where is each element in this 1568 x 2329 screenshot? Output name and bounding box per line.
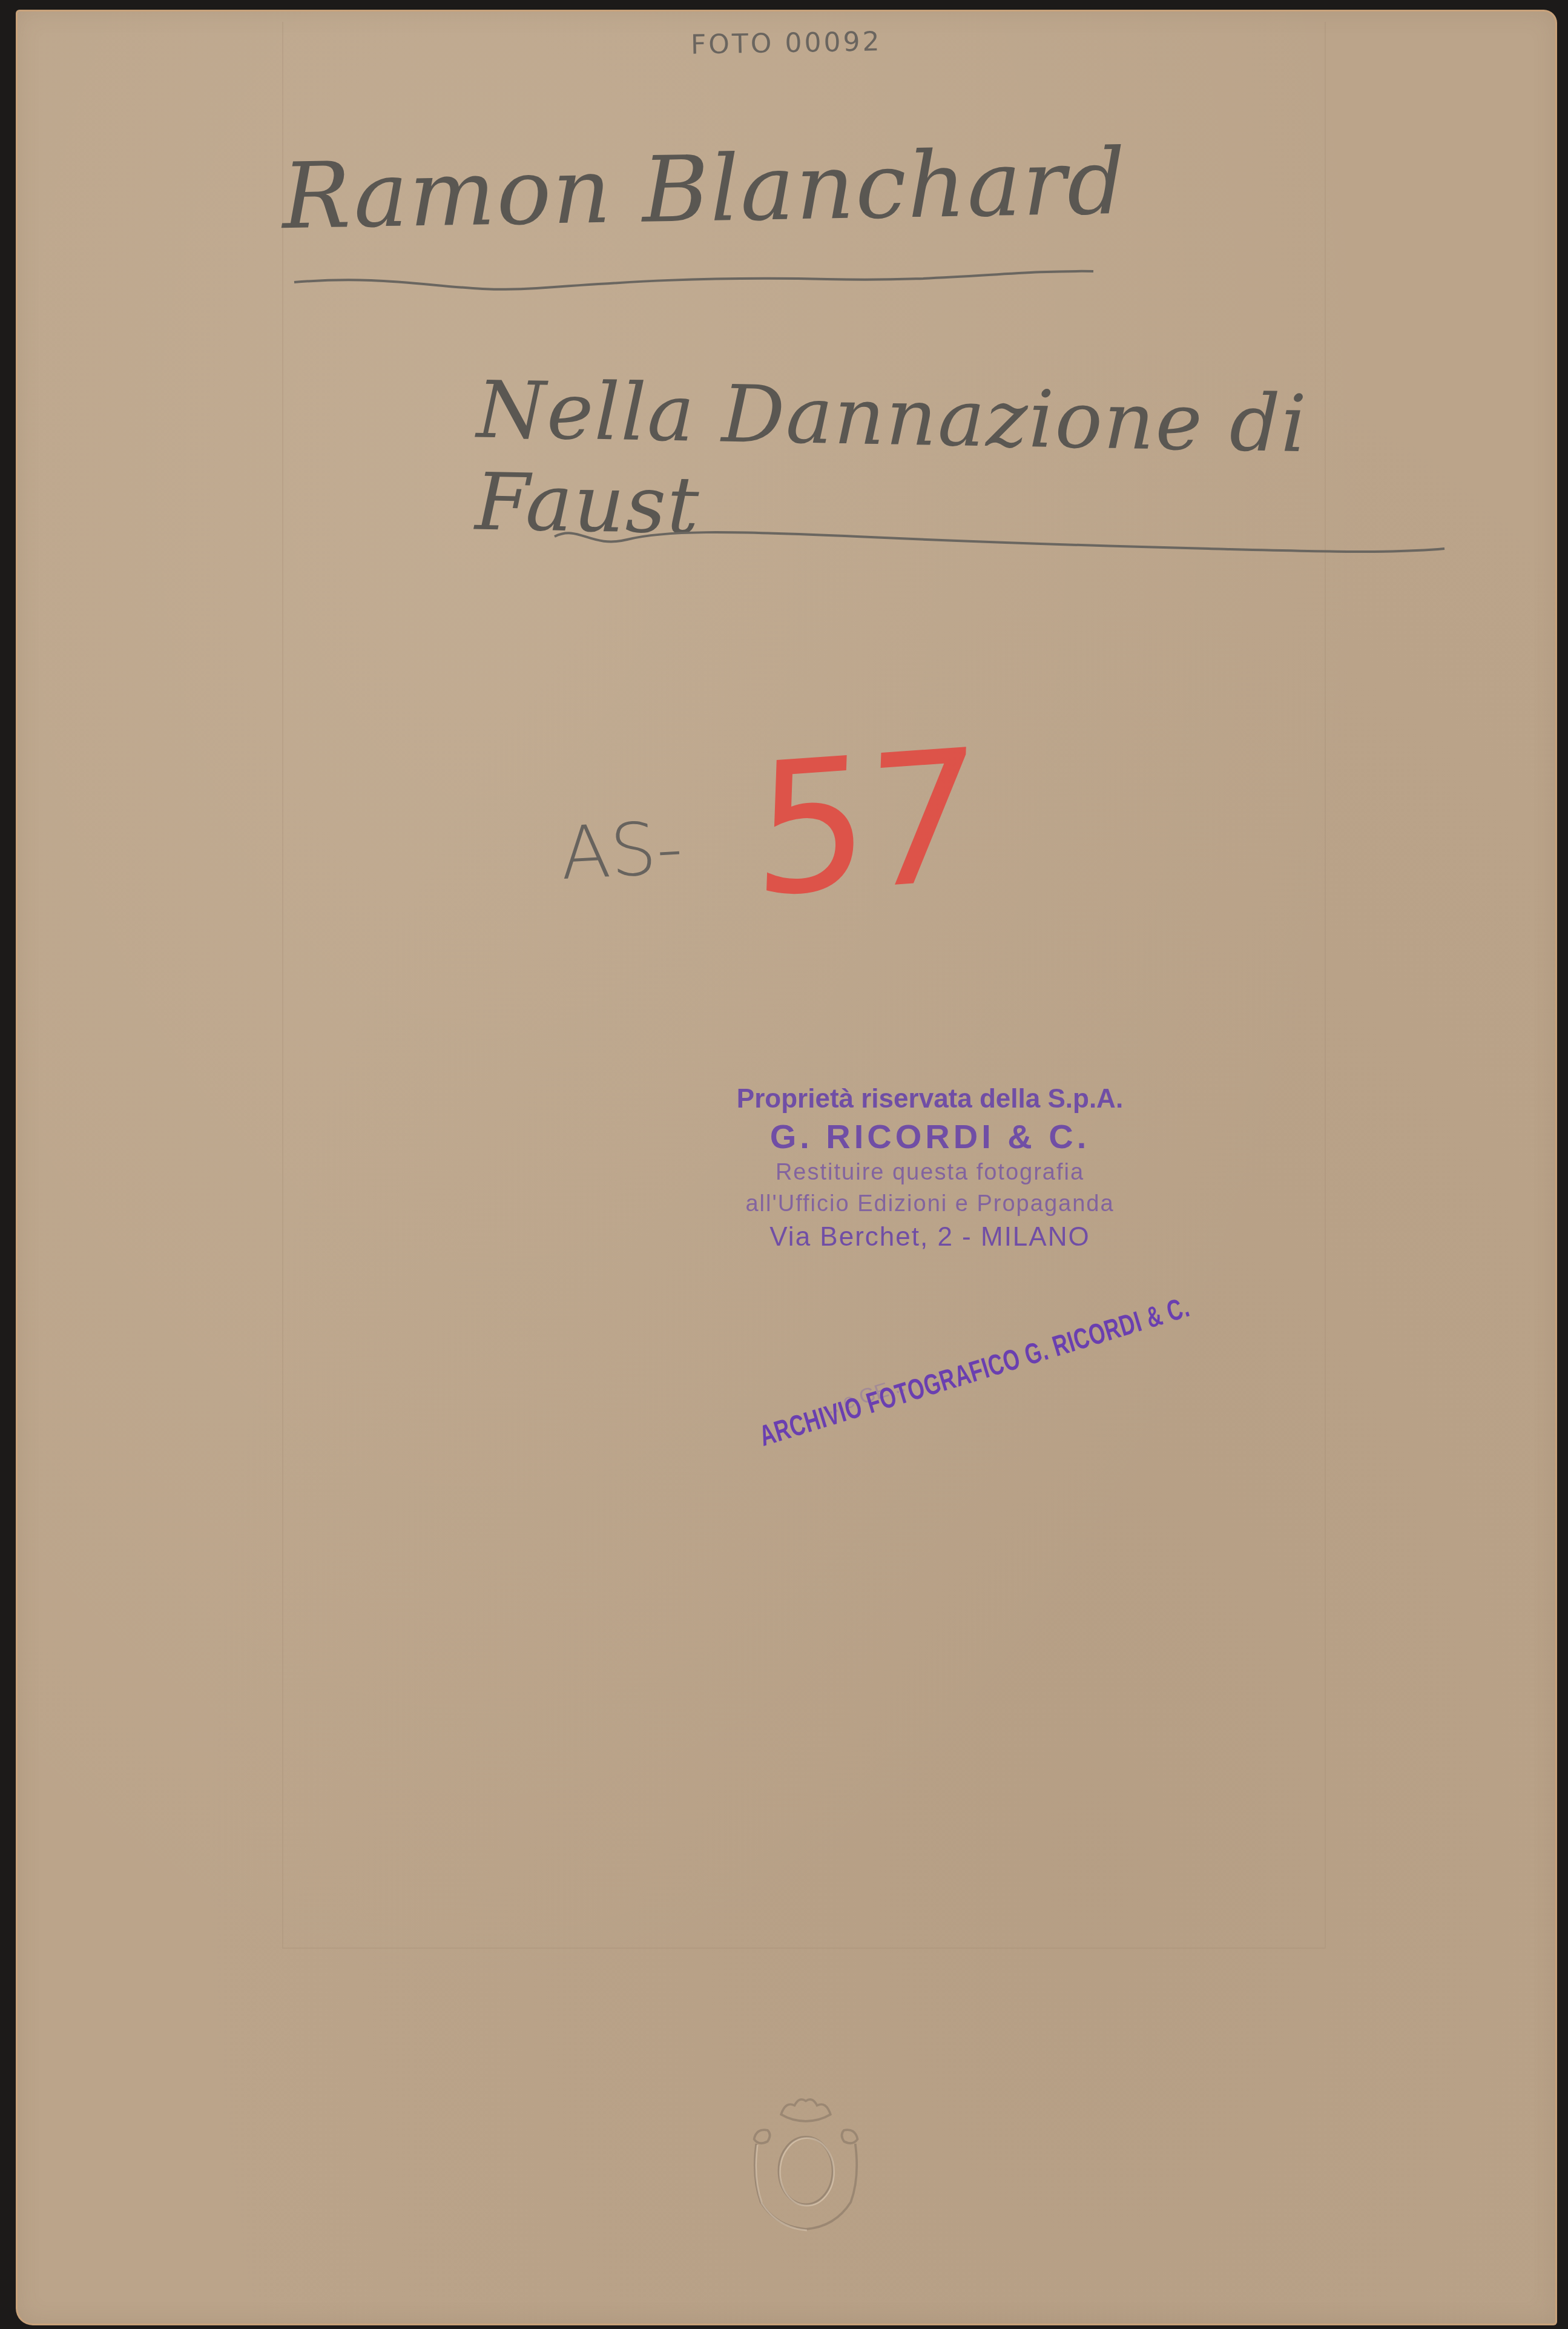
subject-name: Ramon Blanchard xyxy=(282,130,1127,249)
stamp-line-1: Proprietà riservata della S.p.A. xyxy=(682,1082,1178,1117)
stamp-line-4: all'Ufficio Edizioni e Propaganda xyxy=(682,1188,1178,1220)
embossed-seal-icon xyxy=(736,2081,875,2238)
reference-number: 57 xyxy=(751,710,977,938)
catalog-number: FOTO 00092 xyxy=(691,26,882,60)
stamp-line-5: Via Berchet, 2 - MILANO xyxy=(682,1220,1178,1255)
photo-card-back: FOTO 00092 Ramon Blanchard Nella Dannazi… xyxy=(16,10,1557,2325)
plate-mark xyxy=(282,22,1326,1949)
reference-prefix: AS- xyxy=(559,806,685,896)
role-underline xyxy=(542,518,1463,567)
stamp-line-2: G. RICORDI & C. xyxy=(682,1117,1178,1157)
name-underline xyxy=(282,264,1105,300)
ownership-stamp: Proprietà riservata della S.p.A. G. RICO… xyxy=(682,1082,1178,1255)
stamp-line-3: Restituire questa fotografia xyxy=(682,1157,1178,1188)
